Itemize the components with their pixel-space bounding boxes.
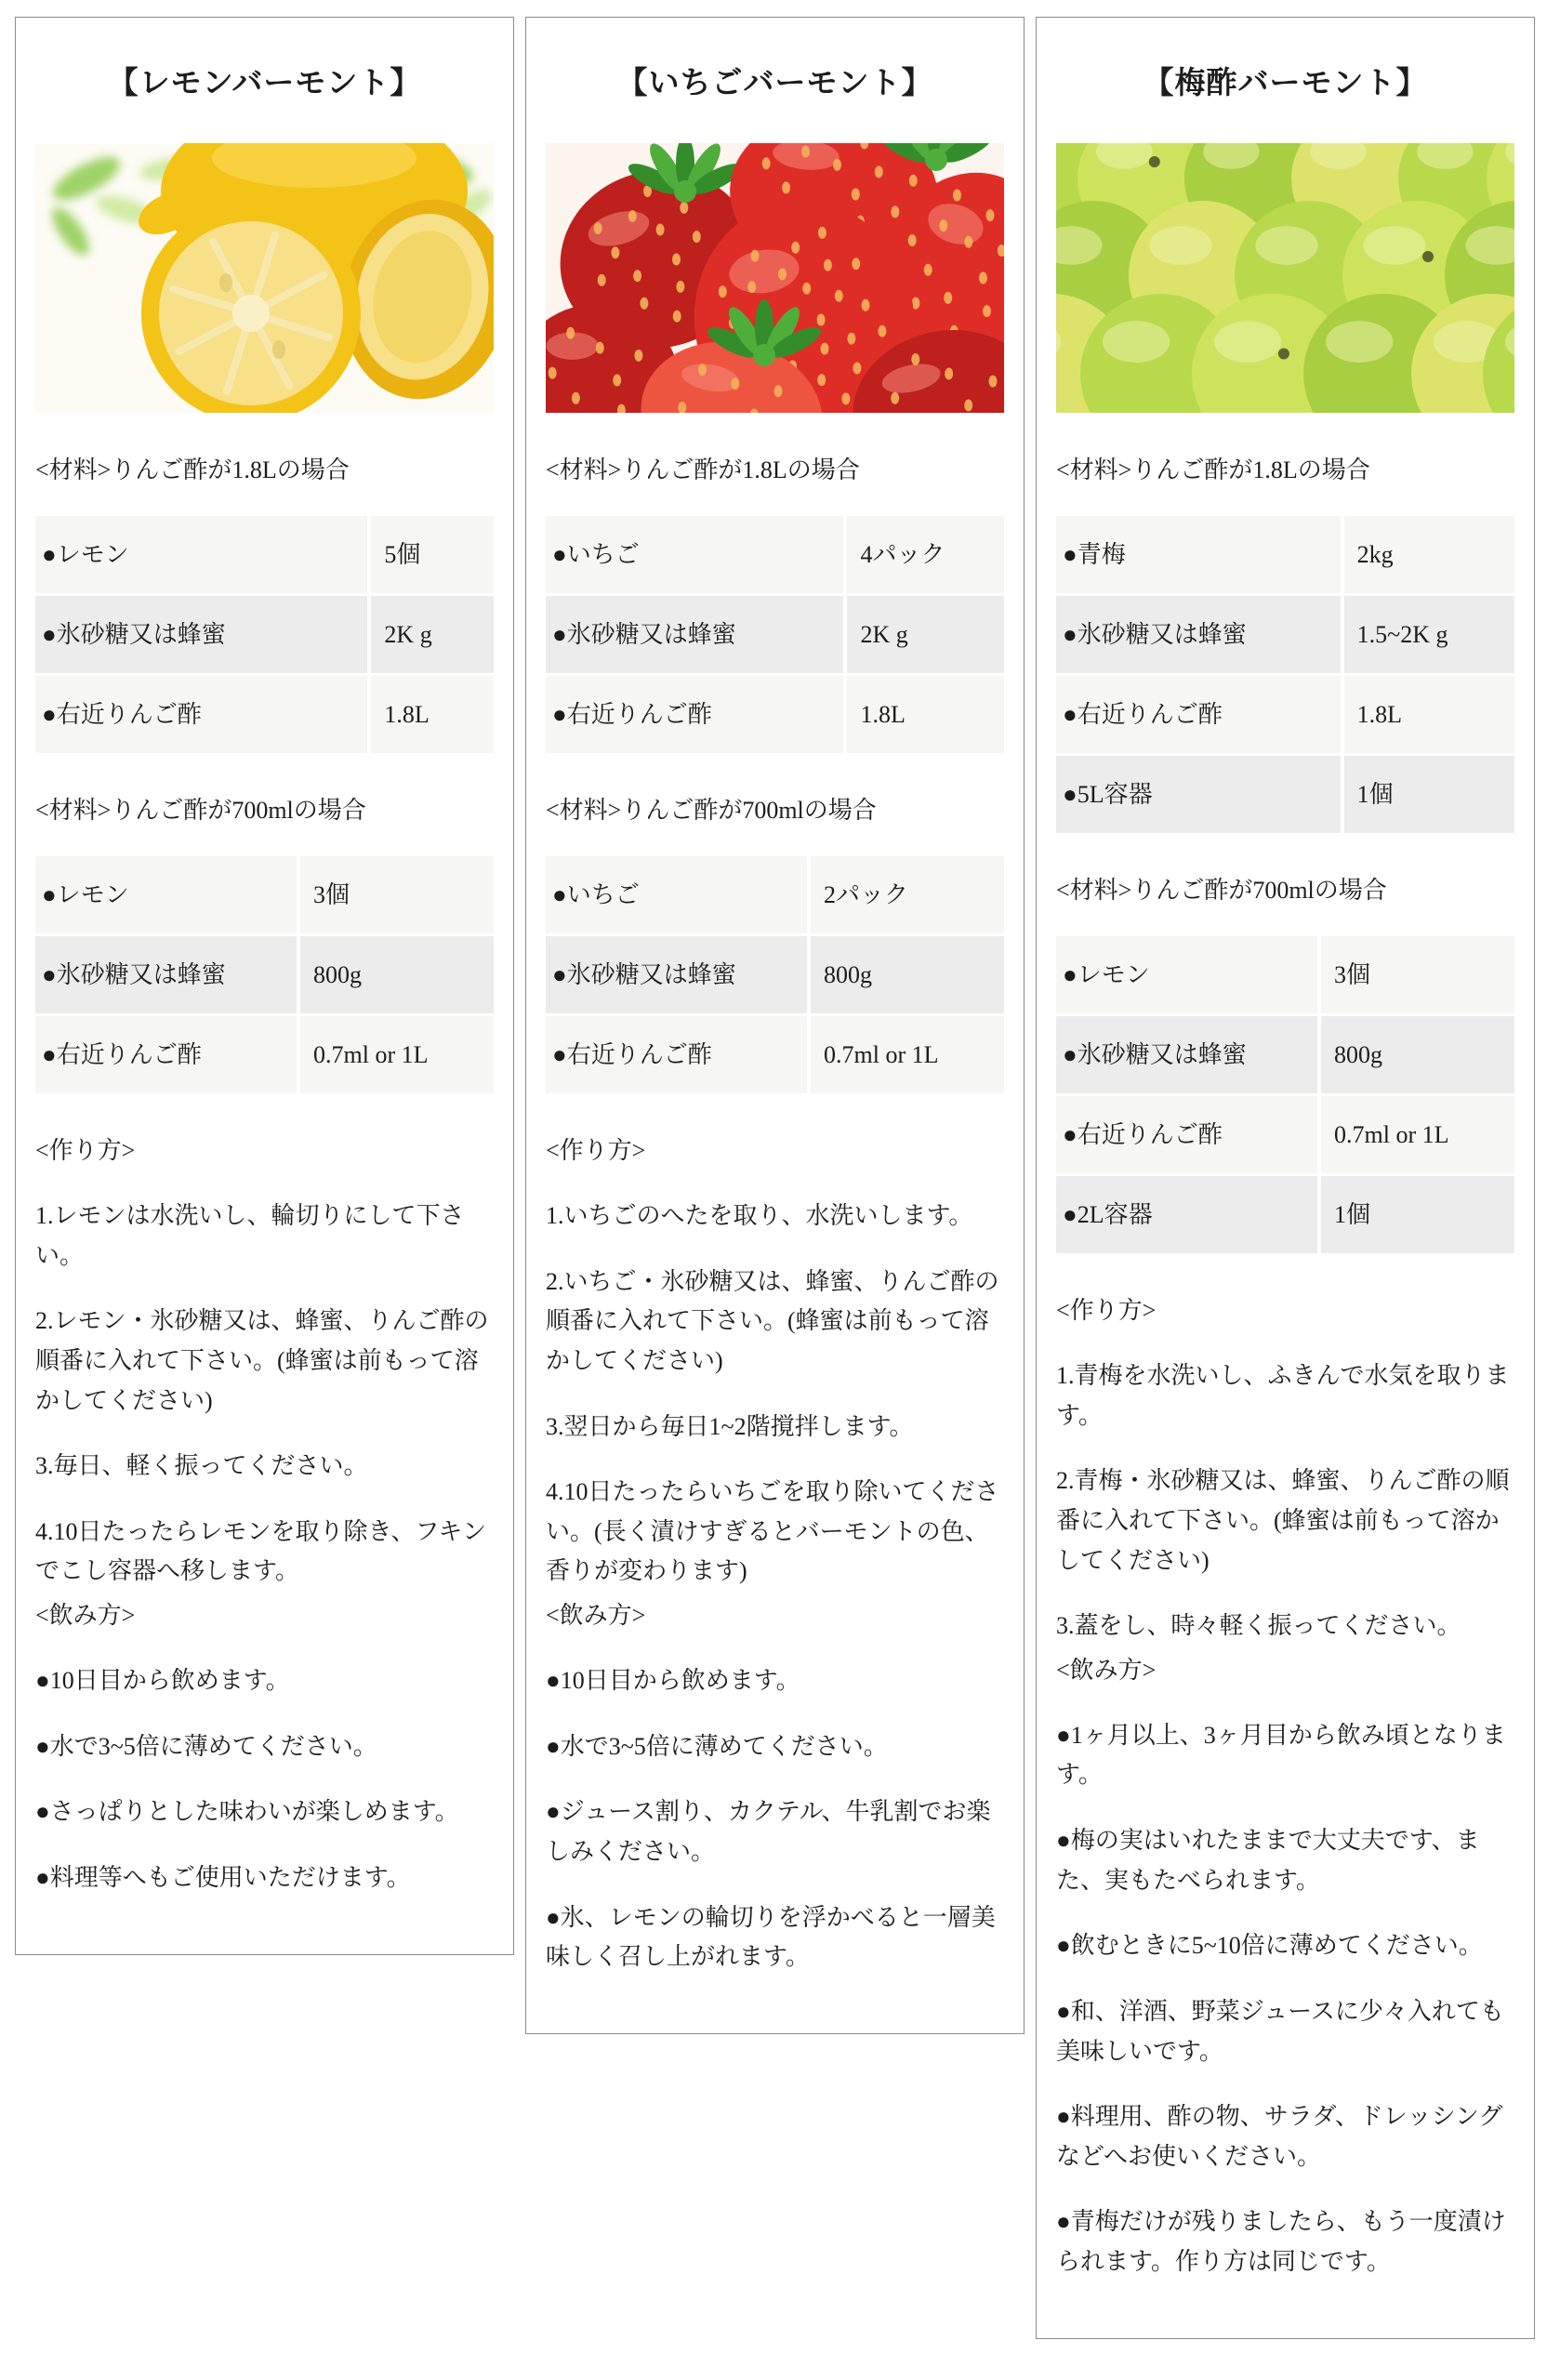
ingredient-amount: 1.8L <box>371 676 494 753</box>
section-materials: <材料>りんご酢が1.8Lの場合●青梅2kg●氷砂糖又は蜂蜜1.5~2K g●右… <box>1056 452 1514 833</box>
ingredient-name: ●右近りんご酢 <box>35 676 367 753</box>
step-list: 1.いちごのへたを取り、水洗いします。2.いちご・氷砂糖又は、蜂蜜、りんご酢の順… <box>546 1197 1004 1592</box>
table-row: ●右近りんご酢0.7ml or 1L <box>546 1016 1004 1093</box>
list-item: ●梅の実はいれたままで大丈夫です、また、実もたべられます。 <box>1056 1821 1514 1900</box>
step-list: ●10日目から飲めます。●水で3~5倍に薄めてください。●さっぱりとした味わいが… <box>35 1661 494 1898</box>
section-heading: <材料>りんご酢が1.8Lの場合 <box>35 452 494 488</box>
ingredient-name: ●レモン <box>35 516 367 593</box>
ingredient-name: ●氷砂糖又は蜂蜜 <box>35 596 367 673</box>
ingredient-amount: 2K g <box>371 596 494 673</box>
strawberry-photo <box>546 143 1004 413</box>
section-steps: <飲み方>●10日目から飲めます。●水で3~5倍に薄めてください。●さっぱりとし… <box>35 1597 494 1898</box>
column-title: 【いちごバーモント】 <box>546 59 1004 102</box>
ingredient-name: ●右近りんご酢 <box>1056 1096 1317 1173</box>
section-materials: <材料>りんご酢が700mlの場合●レモン3個●氷砂糖又は蜂蜜800g●右近りん… <box>35 792 494 1093</box>
ingredient-amount: 800g <box>300 936 494 1013</box>
list-item: ●水で3~5倍に薄めてください。 <box>35 1727 494 1767</box>
ingredient-amount: 1個 <box>1344 756 1514 833</box>
list-item: 3.毎日、軽く振ってください。 <box>35 1447 494 1487</box>
section-steps: <飲み方>●1ヶ月以上、3ヶ月目から飲み頃となります。●梅の実はいれたままで大丈… <box>1056 1652 1514 2282</box>
recipe-column-strawberry: 【いちごバーモント】<材料>りんご酢が1.8Lの場合●いちご4パック●氷砂糖又は… <box>525 17 1025 2034</box>
list-item: ●水で3~5倍に薄めてください。 <box>546 1727 1004 1767</box>
ingredient-amount: 2K g <box>847 596 1004 673</box>
table-row: ●右近りんご酢0.7ml or 1L <box>1056 1096 1514 1173</box>
column-title: 【梅酢バーモント】 <box>1056 59 1514 102</box>
section-steps: <作り方>1.レモンは水洗いし、輪切りにして下さい。2.レモン・氷砂糖又は、蜂蜜… <box>35 1132 494 1592</box>
list-item: 2.レモン・氷砂糖又は、蜂蜜、りんご酢の順番に入れて下さい。(蜂蜜は前もって溶か… <box>35 1302 494 1421</box>
step-list: ●10日目から飲めます。●水で3~5倍に薄めてください。●ジュース割り、カクテル… <box>546 1661 1004 1977</box>
list-item: 1.青梅を水洗いし、ふきんで水気を取ります。 <box>1056 1356 1514 1435</box>
section-heading: <飲み方> <box>1056 1652 1514 1688</box>
ume-plum-photo <box>1056 143 1514 413</box>
table-row: ●右近りんご酢0.7ml or 1L <box>35 1016 494 1093</box>
section-materials: <材料>りんご酢が1.8Lの場合●レモン5個●氷砂糖又は蜂蜜2K g●右近りんご… <box>35 452 494 753</box>
list-item: ●和、洋酒、野菜ジュースに少々入れても美味しいです。 <box>1056 1992 1514 2071</box>
table-row: ●氷砂糖又は蜂蜜1.5~2K g <box>1056 596 1514 673</box>
column-title: 【レモンバーモント】 <box>35 59 494 102</box>
ingredient-amount: 800g <box>811 936 1004 1013</box>
ingredients-table: ●レモン5個●氷砂糖又は蜂蜜2K g●右近りんご酢1.8L <box>35 516 494 753</box>
page: { "palette": { "page_bg": "#ffffff", "bo… <box>0 0 1560 2380</box>
ingredient-amount: 1.8L <box>847 676 1004 753</box>
table-row: ●氷砂糖又は蜂蜜800g <box>1056 1016 1514 1093</box>
section-materials: <材料>りんご酢が700mlの場合●いちご2パック●氷砂糖又は蜂蜜800g●右近… <box>546 792 1004 1093</box>
table-row: ●氷砂糖又は蜂蜜800g <box>546 936 1004 1013</box>
list-item: ●10日目から飲めます。 <box>35 1661 494 1701</box>
ingredient-name: ●5L容器 <box>1056 756 1341 833</box>
table-row: ●氷砂糖又は蜂蜜2K g <box>35 596 494 673</box>
step-list: ●1ヶ月以上、3ヶ月目から飲み頃となります。●梅の実はいれたままで大丈夫です、ま… <box>1056 1716 1514 2282</box>
list-item: 1.レモンは水洗いし、輪切りにして下さい。 <box>35 1197 494 1276</box>
table-row: ●2L容器1個 <box>1056 1176 1514 1253</box>
table-row: ●右近りんご酢1.8L <box>546 676 1004 753</box>
table-row: ●氷砂糖又は蜂蜜2K g <box>546 596 1004 673</box>
ingredient-name: ●レモン <box>35 856 297 933</box>
step-list: 1.青梅を水洗いし、ふきんで水気を取ります。2.青梅・氷砂糖又は、蜂蜜、りんご酢… <box>1056 1356 1514 1646</box>
list-item: ●青梅だけが残りましたら、もう一度漬けられます。作り方は同じです。 <box>1056 2202 1514 2281</box>
ingredient-amount: 2パック <box>811 856 1004 933</box>
table-row: ●右近りんご酢1.8L <box>1056 676 1514 753</box>
ingredient-name: ●右近りんご酢 <box>35 1016 297 1093</box>
section-heading: <材料>りんご酢が1.8Lの場合 <box>546 452 1004 488</box>
list-item: ●氷、レモンの輪切りを浮かべると一層美味しく召し上がれます。 <box>546 1898 1004 1977</box>
list-item: ●10日目から飲めます。 <box>546 1661 1004 1701</box>
ingredient-name: ●いちご <box>546 856 807 933</box>
ingredient-name: ●氷砂糖又は蜂蜜 <box>546 596 843 673</box>
section-heading: <材料>りんご酢が1.8Lの場合 <box>1056 452 1514 488</box>
lemon-photo <box>35 143 494 413</box>
ingredient-amount: 1.8L <box>1344 676 1514 753</box>
ingredient-amount: 5個 <box>371 516 494 593</box>
list-item: ●1ヶ月以上、3ヶ月目から飲み頃となります。 <box>1056 1716 1514 1795</box>
ingredients-table: ●青梅2kg●氷砂糖又は蜂蜜1.5~2K g●右近りんご酢1.8L●5L容器1個 <box>1056 516 1514 833</box>
list-item: 1.いちごのへたを取り、水洗いします。 <box>546 1197 1004 1236</box>
recipe-sheet: 【レモンバーモント】 <box>0 0 1560 2358</box>
section-heading: <飲み方> <box>546 1597 1004 1633</box>
ingredient-name: ●2L容器 <box>1056 1176 1317 1253</box>
ingredient-amount: 0.7ml or 1L <box>300 1016 494 1093</box>
table-row: ●青梅2kg <box>1056 516 1514 593</box>
ingredients-table: ●いちご2パック●氷砂糖又は蜂蜜800g●右近りんご酢0.7ml or 1L <box>546 856 1004 1093</box>
ingredients-table: ●いちご4パック●氷砂糖又は蜂蜜2K g●右近りんご酢1.8L <box>546 516 1004 753</box>
section-materials: <材料>りんご酢が700mlの場合●レモン3個●氷砂糖又は蜂蜜800g●右近りん… <box>1056 872 1514 1253</box>
table-row: ●レモン3個 <box>35 856 494 933</box>
list-item: 4.10日たったらレモンを取り除き、フキンでこし容器へ移します。 <box>35 1513 494 1592</box>
table-row: ●氷砂糖又は蜂蜜800g <box>35 936 494 1013</box>
ingredient-name: ●右近りんご酢 <box>1056 676 1341 753</box>
ingredients-table: ●レモン3個●氷砂糖又は蜂蜜800g●右近りんご酢0.7ml or 1L●2L容… <box>1056 936 1514 1253</box>
list-item: ●飲むときに5~10倍に薄めてください。 <box>1056 1926 1514 1966</box>
list-item: ●ジュース割り、カクテル、牛乳割でお楽しみください。 <box>546 1792 1004 1871</box>
section-materials: <材料>りんご酢が1.8Lの場合●いちご4パック●氷砂糖又は蜂蜜2K g●右近り… <box>546 452 1004 753</box>
section-heading: <作り方> <box>546 1132 1004 1169</box>
ingredient-name: ●右近りんご酢 <box>546 1016 807 1093</box>
table-row: ●レモン3個 <box>1056 936 1514 1013</box>
ingredient-amount: 0.7ml or 1L <box>1321 1096 1514 1173</box>
ingredient-name: ●レモン <box>1056 936 1317 1013</box>
ingredient-name: ●氷砂糖又は蜂蜜 <box>546 936 807 1013</box>
section-heading: <飲み方> <box>35 1597 494 1633</box>
list-item: 3.蓋をし、時々軽く振ってください。 <box>1056 1606 1514 1646</box>
list-item: 3.翌日から毎日1~2階撹拌します。 <box>546 1408 1004 1448</box>
list-item: ●さっぱりとした味わいが楽しめます。 <box>35 1792 494 1832</box>
ingredient-amount: 3個 <box>1321 936 1514 1013</box>
ingredient-amount: 4パック <box>847 516 1004 593</box>
ingredient-name: ●氷砂糖又は蜂蜜 <box>1056 596 1341 673</box>
ingredients-table: ●レモン3個●氷砂糖又は蜂蜜800g●右近りんご酢0.7ml or 1L <box>35 856 494 1093</box>
table-row: ●いちご4パック <box>546 516 1004 593</box>
table-row: ●5L容器1個 <box>1056 756 1514 833</box>
recipe-column-lemon: 【レモンバーモント】 <box>15 17 514 1955</box>
ingredient-name: ●氷砂糖又は蜂蜜 <box>1056 1016 1317 1093</box>
ingredient-amount: 1.5~2K g <box>1344 596 1514 673</box>
section-steps: <作り方>1.いちごのへたを取り、水洗いします。2.いちご・氷砂糖又は、蜂蜜、り… <box>546 1132 1004 1592</box>
ingredient-amount: 3個 <box>300 856 494 933</box>
list-item: 4.10日たったらいちごを取り除いてください。(長く漬けすぎるとバーモントの色、… <box>546 1473 1004 1592</box>
section-heading: <材料>りんご酢が700mlの場合 <box>546 792 1004 828</box>
ingredient-amount: 800g <box>1321 1016 1514 1093</box>
list-item: ●料理用、酢の物、サラダ、ドレッシングなどへお使いください。 <box>1056 2097 1514 2176</box>
ingredient-amount: 0.7ml or 1L <box>811 1016 1004 1093</box>
ingredient-name: ●氷砂糖又は蜂蜜 <box>35 936 297 1013</box>
step-list: 1.レモンは水洗いし、輪切りにして下さい。2.レモン・氷砂糖又は、蜂蜜、りんご酢… <box>35 1197 494 1592</box>
ingredient-amount: 2kg <box>1344 516 1514 593</box>
table-row: ●右近りんご酢1.8L <box>35 676 494 753</box>
ingredient-name: ●いちご <box>546 516 843 593</box>
table-row: ●いちご2パック <box>546 856 1004 933</box>
ingredient-name: ●青梅 <box>1056 516 1341 593</box>
list-item: ●料理等へもご使用いただけます。 <box>35 1858 494 1898</box>
section-steps: <作り方>1.青梅を水洗いし、ふきんで水気を取ります。2.青梅・氷砂糖又は、蜂蜜… <box>1056 1292 1514 1646</box>
recipe-column-ume: 【梅酢バーモント】<材料>りんご酢が1.8Lの場合●青梅2kg●氷砂糖又は蜂蜜1… <box>1036 17 1535 2339</box>
ingredient-name: ●右近りんご酢 <box>546 676 843 753</box>
section-heading: <材料>りんご酢が700mlの場合 <box>1056 872 1514 908</box>
table-row: ●レモン5個 <box>35 516 494 593</box>
section-heading: <材料>りんご酢が700mlの場合 <box>35 792 494 828</box>
section-heading: <作り方> <box>35 1132 494 1169</box>
ingredient-amount: 1個 <box>1321 1176 1514 1253</box>
list-item: 2.青梅・氷砂糖又は、蜂蜜、りんご酢の順番に入れて下さい。(蜂蜜は前もって溶かし… <box>1056 1461 1514 1580</box>
section-steps: <飲み方>●10日目から飲めます。●水で3~5倍に薄めてください。●ジュース割り… <box>546 1597 1004 1977</box>
list-item: 2.いちご・氷砂糖又は、蜂蜜、りんご酢の順番に入れて下さい。(蜂蜜は前もって溶か… <box>546 1263 1004 1382</box>
section-heading: <作り方> <box>1056 1292 1514 1329</box>
